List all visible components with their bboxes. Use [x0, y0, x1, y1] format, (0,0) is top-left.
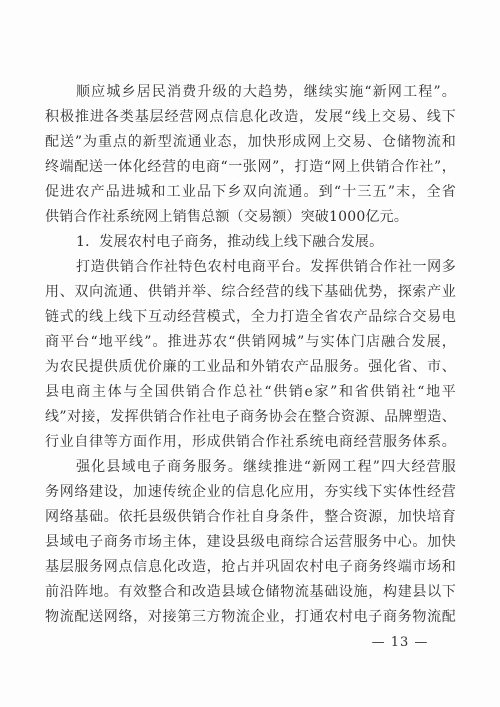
text-line: 商平台“地平线”。推进苏农“供销网城”与实体门店融合发展， — [45, 330, 456, 355]
text-line: 顺应城乡居民消费升级的大趋势，继续实施“新网工程”。 — [45, 80, 456, 105]
text-line: 行业自律等方面作用，形成供销合作社系统电商经营服务体系。 — [45, 430, 456, 455]
heading-rural-ecommerce: 1．发展农村电子商务，推动线上线下融合发展。 — [45, 230, 456, 255]
page-number: — 13 — — [358, 634, 442, 651]
text-line: 县域电子商务市场主体，建设县级电商综合运营服务中心。加快 — [45, 530, 456, 555]
paragraph-county-ecommerce-service: 强化县域电子商务服务。继续推进“新网工程”四大经营服务网络建设，加速传统企业的信… — [45, 455, 456, 630]
text-line: 打造供销合作社特色农村电商平台。发挥供销合作社一网多 — [45, 255, 456, 280]
text-line: 供销合作社系统网上销售总额（交易额）突破1000亿元。 — [45, 205, 456, 230]
text-line: 务网络建设，加速传统企业的信息化应用，夯实线下实体性经营 — [45, 480, 456, 505]
text-line: 物流配送网络，对接第三方物流企业，打通农村电子商务物流配 — [45, 605, 456, 630]
text-line: 为农民提供质优价廉的工业品和外销农产品服务。强化省、市、 — [45, 355, 456, 380]
text-line: 县电商主体与全国供销合作总社“供销e家”和省供销社“地平 — [45, 380, 456, 405]
text-line: 配送”为重点的新型流通业态，加快形成网上交易、仓储物流和 — [45, 130, 456, 155]
text-line: 网络基础。依托县级供销合作社自身条件，整合资源，加快培育 — [45, 505, 456, 530]
text-line: 终端配送一体化经营的电商“一张网”，打造“网上供销合作社”， — [45, 155, 456, 180]
text-line: 促进农产品进城和工业品下乡双向流通。到“十三五”末，全省 — [45, 180, 456, 205]
document-body: 顺应城乡居民消费升级的大趋势，继续实施“新网工程”。积极推进各类基层经营网点信息… — [45, 80, 456, 630]
paragraph-supply-marketing-platform: 打造供销合作社特色农村电商平台。发挥供销合作社一网多用、双向流通、供销并举、综合… — [45, 255, 456, 455]
text-line: 强化县域电子商务服务。继续推进“新网工程”四大经营服 — [45, 455, 456, 480]
text-line: 链式的线上线下互动经营模式，全力打造全省农产品综合交易电 — [45, 305, 456, 330]
paragraph-new-network-project: 顺应城乡居民消费升级的大趋势，继续实施“新网工程”。积极推进各类基层经营网点信息… — [45, 80, 456, 230]
text-line: 1．发展农村电子商务，推动线上线下融合发展。 — [45, 230, 456, 255]
text-line: 基层服务网点信息化改造，抢占并巩固农村电子商务终端市场和 — [45, 555, 456, 580]
document-page: 顺应城乡居民消费升级的大趋势，继续实施“新网工程”。积极推进各类基层经营网点信息… — [0, 0, 500, 707]
text-line: 用、双向流通、供销并举、综合经营的线下基础优势，探索产业 — [45, 280, 456, 305]
text-line: 积极推进各类基层经营网点信息化改造，发展“线上交易、线下 — [45, 105, 456, 130]
text-line: 线”对接，发挥供销合作社电子商务协会在整合资源、品牌塑造、 — [45, 405, 456, 430]
text-line: 前沿阵地。有效整合和改造县域仓储物流基础设施，构建县以下 — [45, 580, 456, 605]
